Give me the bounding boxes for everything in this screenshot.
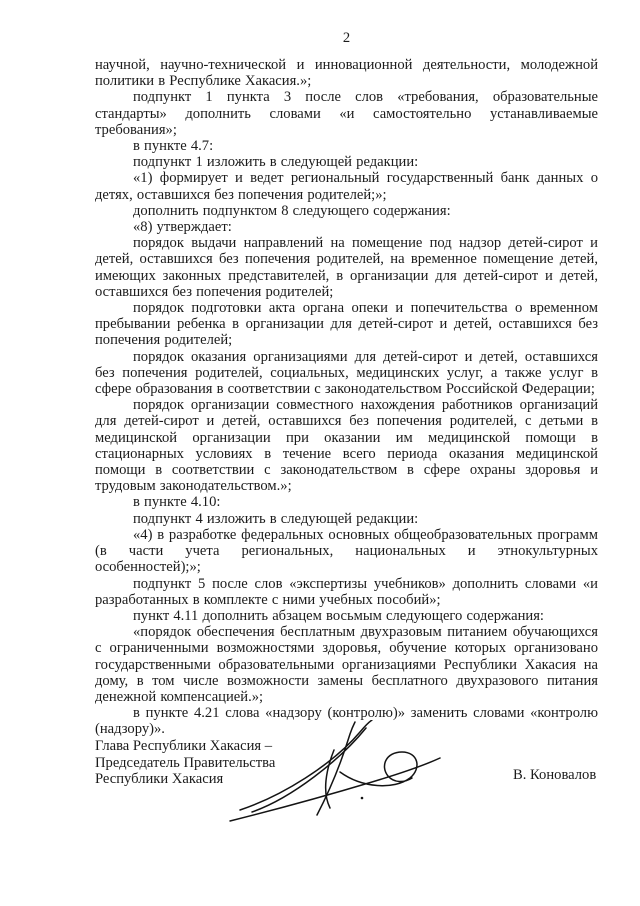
- paragraph: подпункт 4 изложить в следующей редакции…: [95, 511, 598, 527]
- paragraph: дополнить подпунктом 8 следующего содерж…: [95, 203, 598, 219]
- paragraph: пункт 4.11 дополнить абзацем восьмым сле…: [95, 608, 598, 624]
- paragraph: порядок оказания организациями для детей…: [95, 349, 598, 398]
- handwritten-signature-icon: [222, 720, 447, 830]
- paragraph: «4) в разработке федеральных основных об…: [95, 527, 598, 576]
- page-number: 2: [95, 30, 598, 47]
- paragraph: в пункте 4.7:: [95, 138, 598, 154]
- paragraph: подпункт 1 пункта 3 после слов «требован…: [95, 89, 598, 138]
- document-page: 2 научной, научно-технической и инноваци…: [0, 0, 640, 906]
- paragraph: подпункт 1 изложить в следующей редакции…: [95, 154, 598, 170]
- paragraph: научной, научно-технической и инновацион…: [95, 57, 598, 89]
- paragraph: «порядок обеспечения бесплатным двухразо…: [95, 624, 598, 705]
- paragraph: «8) утверждает:: [95, 219, 598, 235]
- paragraph: порядок выдачи направлений на помещение …: [95, 235, 598, 300]
- document-body: научной, научно-технической и инновацион…: [95, 57, 598, 738]
- paragraph: порядок организации совместного нахожден…: [95, 397, 598, 494]
- paragraph: порядок подготовки акта органа опеки и п…: [95, 300, 598, 349]
- paragraph: в пункте 4.10:: [95, 494, 598, 510]
- paragraph: подпункт 5 после слов «экспертизы учебни…: [95, 576, 598, 608]
- signatory-name: В. Коновалов: [513, 767, 596, 784]
- paragraph: «1) формирует и ведет региональный госуд…: [95, 170, 598, 202]
